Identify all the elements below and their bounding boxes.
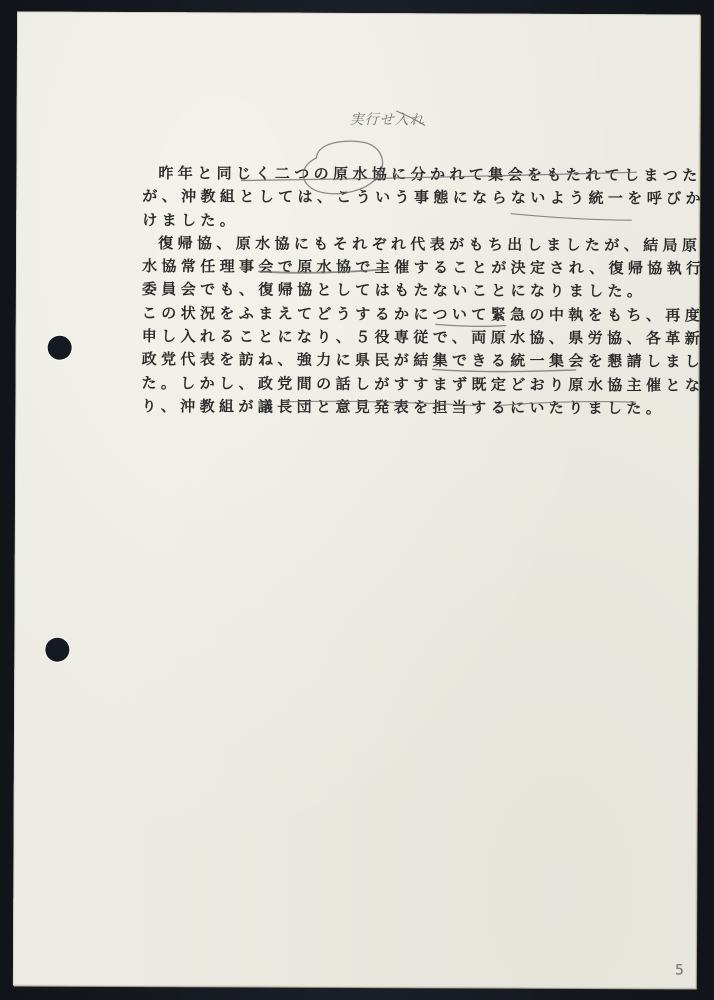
page-number: 5 (675, 962, 684, 978)
text-line: けました。 (142, 209, 642, 234)
text-line: 委員会でも、復帰協としてはもたないことになりました。 (142, 279, 642, 304)
text-line: この状況をふまえてどうするかについて緊急の中執をもち、再度 (142, 302, 642, 327)
text-line: た。しかし、政党間の話しがすすまず既定どおり原水協主催とな (141, 372, 641, 397)
punch-hole (48, 336, 72, 360)
text-line: り、沖教組が議長団と意見発表を担当するにいたりました。 (141, 395, 641, 420)
handwritten-note: 実行せ入れ (350, 109, 425, 129)
text-line: 政党代表を訪ね、強力に県民が結集できる統一集会を懇請しまし (142, 348, 642, 373)
text-line: 申し入れることになり、５役専従で、両原水協、県労協、各革新 (142, 325, 642, 350)
text-line: 昨年と同じく二つの原水協に分かれて集会をもたれてしまつた (142, 162, 642, 187)
document-body: 昨年と同じく二つの原水協に分かれて集会をもたれてしまつた が、沖教組としては、こ… (141, 162, 642, 420)
text-line: 水協常任理事会で原水協で主催することが決定され、復帰協執行 (142, 255, 642, 280)
text-line: 復帰協、原水協にもそれぞれ代表がもち出しましたが、結局原 (142, 232, 642, 257)
punch-hole (45, 638, 69, 662)
document-page: 実行せ入れ 昨年と同じく二つの原水協に分かれて集会をもたれてしまつた が、沖教組… (13, 12, 700, 989)
text-line: が、沖教組としては、こういう事態にならないよう統一を呼びか (142, 185, 642, 210)
pencil-annotations (13, 12, 700, 989)
